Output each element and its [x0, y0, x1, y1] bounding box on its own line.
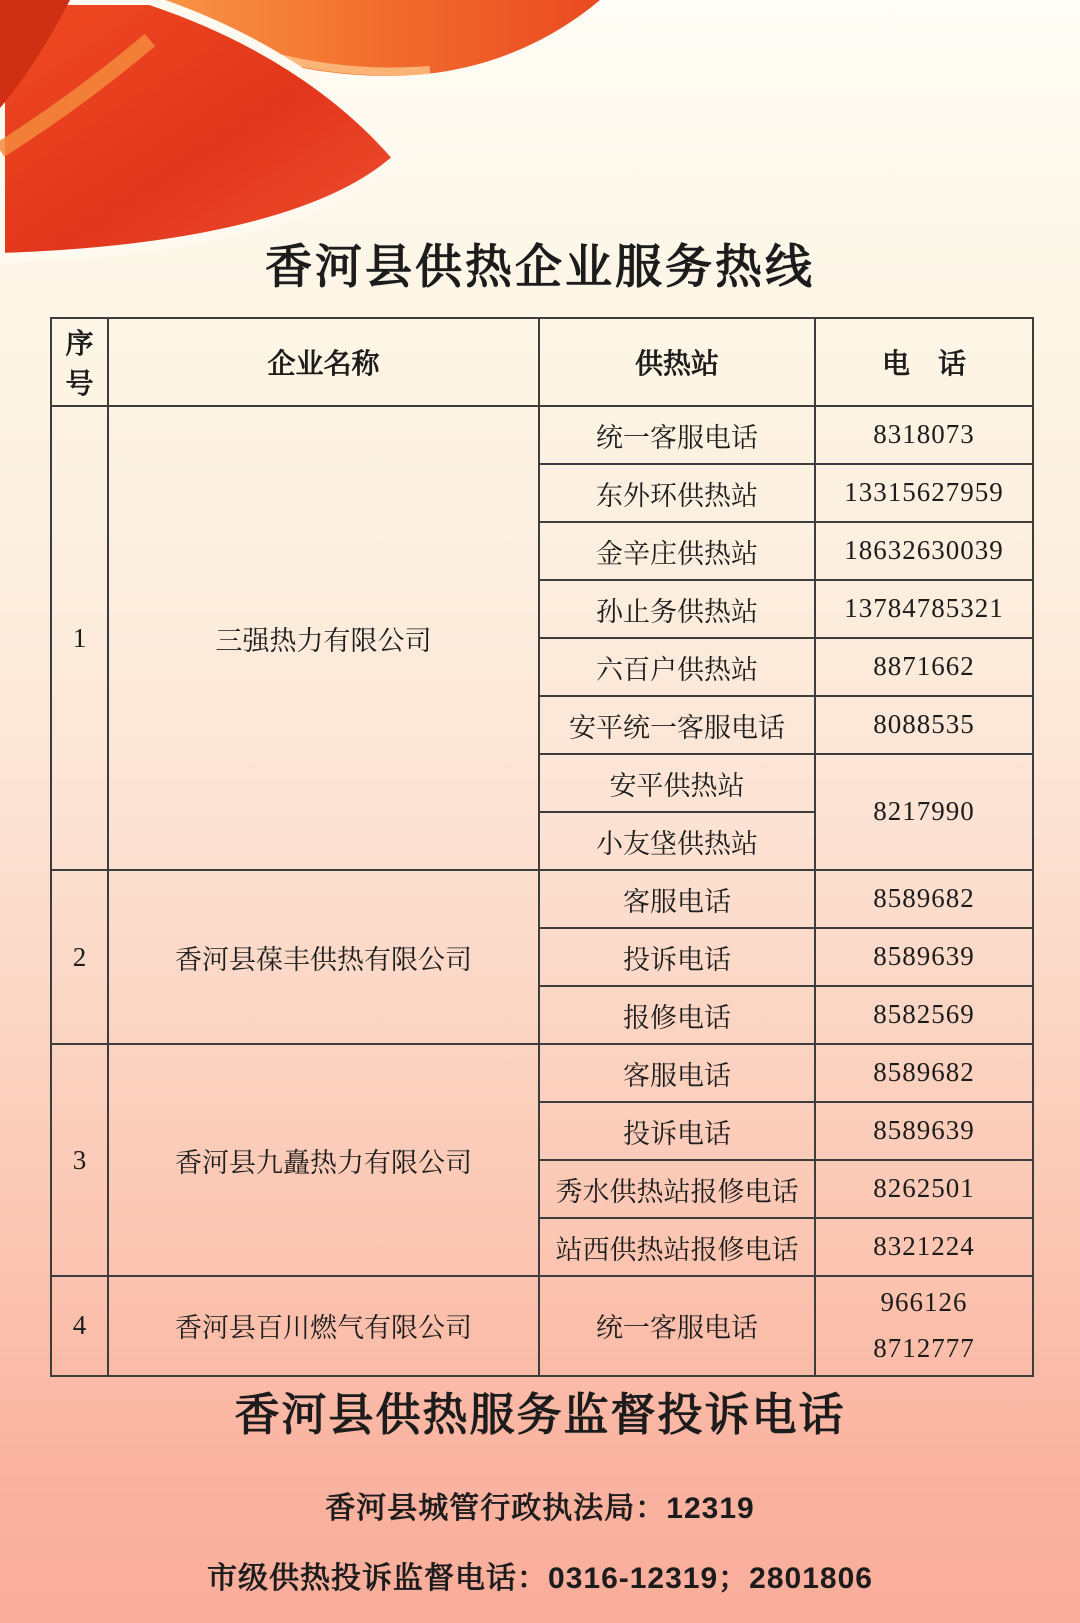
station-cell: 安平供热站	[539, 754, 815, 812]
phone-cell: 8589639	[815, 928, 1033, 986]
station-cell: 统一客服电话	[539, 406, 815, 464]
page-title: 香河县供热企业服务热线	[0, 230, 1080, 297]
table-row: 4香河县百川燃气有限公司统一客服电话966126 8712777	[51, 1276, 1033, 1376]
company-cell: 香河县葆丰供热有限公司	[108, 870, 539, 1044]
phone-cell: 8088535	[815, 696, 1033, 754]
notice-page: 香河县供热企业服务热线 序号 企业名称 供热站 电 话 1三强热力有限公司统一客…	[0, 0, 1080, 1623]
phone-cell: 18632630039	[815, 522, 1033, 580]
table-row: 2香河县葆丰供热有限公司客服电话8589682	[51, 870, 1033, 928]
station-cell: 客服电话	[539, 870, 815, 928]
phone-cell: 13784785321	[815, 580, 1033, 638]
phone-cell: 8318073	[815, 406, 1033, 464]
station-cell: 统一客服电话	[539, 1276, 815, 1376]
phone-cell: 8582569	[815, 986, 1033, 1044]
phone-cell: 8217990	[815, 754, 1033, 870]
table-body: 1三强热力有限公司统一客服电话8318073东外环供热站13315627959金…	[51, 406, 1033, 1376]
station-cell: 安平统一客服电话	[539, 696, 815, 754]
phone-cell: 8262501	[815, 1160, 1033, 1218]
footer-line-municipal: 市级供热投诉监督电话：0316-12319；2801806	[0, 1553, 1080, 1597]
station-cell: 站西供热站报修电话	[539, 1218, 815, 1276]
phone-cell: 8589682	[815, 1044, 1033, 1102]
company-cell: 香河县百川燃气有限公司	[108, 1276, 539, 1376]
index-cell: 3	[51, 1044, 108, 1276]
table-row: 3香河县九矗热力有限公司客服电话8589682	[51, 1044, 1033, 1102]
station-cell: 客服电话	[539, 1044, 815, 1102]
footer-title: 香河县供热服务监督投诉电话	[0, 1378, 1080, 1443]
index-cell: 4	[51, 1276, 108, 1376]
phone-cell: 8321224	[815, 1218, 1033, 1276]
station-cell: 秀水供热站报修电话	[539, 1160, 815, 1218]
header-index: 序号	[51, 318, 108, 406]
phone-cell: 13315627959	[815, 464, 1033, 522]
phone-cell: 8871662	[815, 638, 1033, 696]
phone-cell: 8589639	[815, 1102, 1033, 1160]
index-cell: 1	[51, 406, 108, 870]
index-cell: 2	[51, 870, 108, 1044]
phone-cell: 8589682	[815, 870, 1033, 928]
company-cell: 香河县九矗热力有限公司	[108, 1044, 539, 1276]
hotline-table: 序号 企业名称 供热站 电 话 1三强热力有限公司统一客服电话8318073东外…	[50, 317, 1034, 1377]
station-cell: 投诉电话	[539, 928, 815, 986]
table-header-row: 序号 企业名称 供热站 电 话	[51, 318, 1033, 406]
station-cell: 孙止务供热站	[539, 580, 815, 638]
header-station: 供热站	[539, 318, 815, 406]
station-cell: 金辛庄供热站	[539, 522, 815, 580]
company-cell: 三强热力有限公司	[108, 406, 539, 870]
station-cell: 报修电话	[539, 986, 815, 1044]
station-cell: 六百户供热站	[539, 638, 815, 696]
header-phone: 电 话	[815, 318, 1033, 406]
station-cell: 投诉电话	[539, 1102, 815, 1160]
header-company: 企业名称	[108, 318, 539, 406]
station-cell: 东外环供热站	[539, 464, 815, 522]
table-row: 1三强热力有限公司统一客服电话8318073	[51, 406, 1033, 464]
phone-cell: 966126 8712777	[815, 1276, 1033, 1376]
footer-line-city: 香河县城管行政执法局：12319	[0, 1483, 1080, 1527]
station-cell: 小友垡供热站	[539, 812, 815, 870]
